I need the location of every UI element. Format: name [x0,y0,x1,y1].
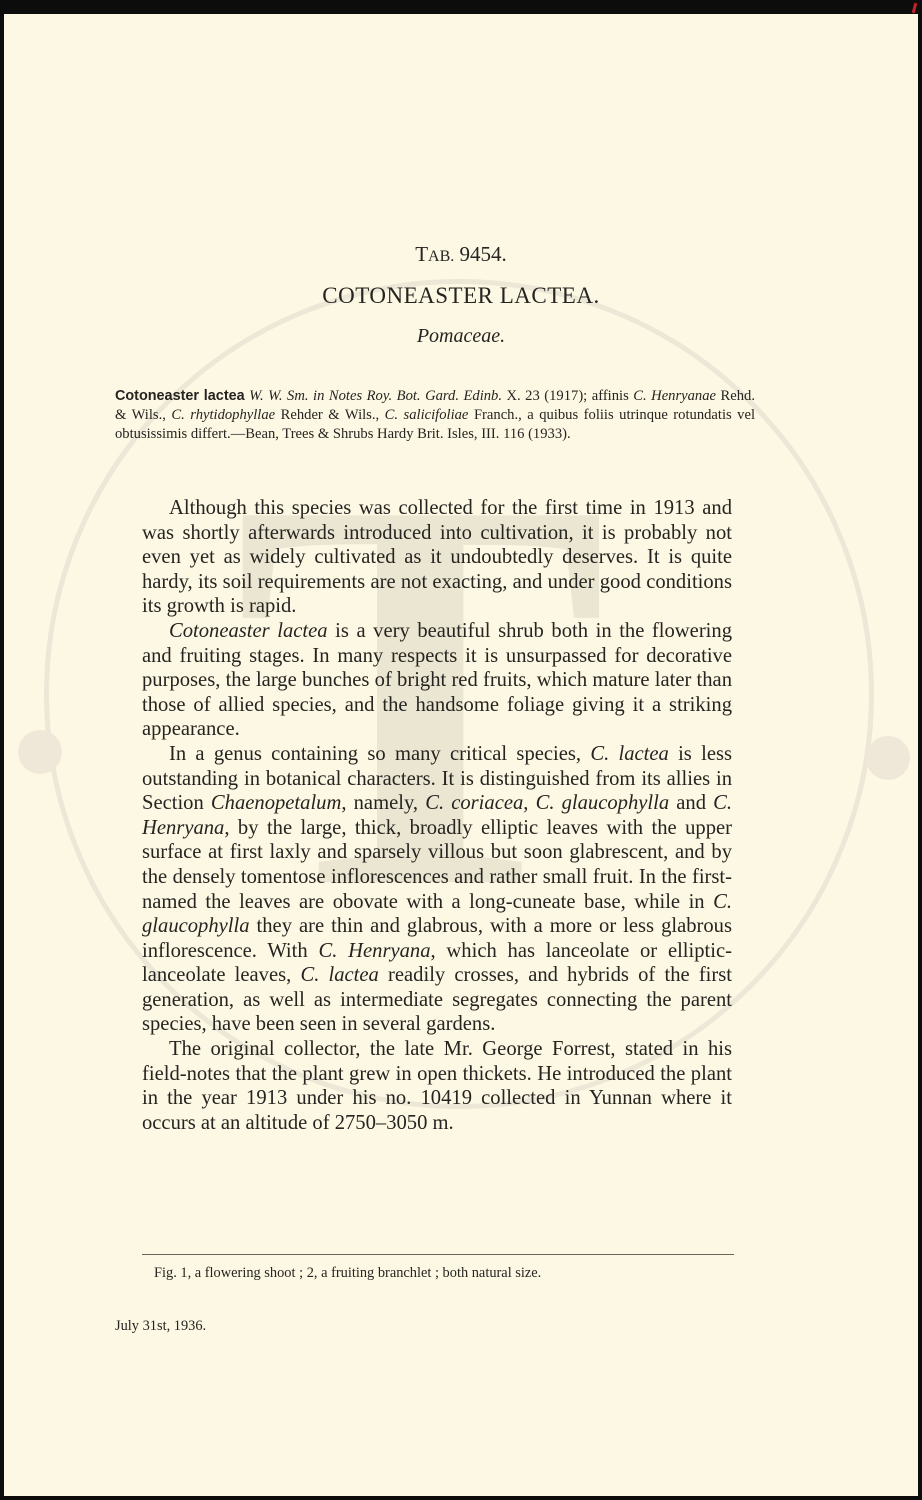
corner-color-mark [912,3,917,13]
p3-italic-8: C. lactea [300,964,378,986]
citation-species-1: C. Henryanae [633,388,716,404]
document-content: TAB. 9454. COTONEASTER LACTEA. Pomaceae.… [4,14,918,1496]
citation-reference: W. W. Sm. in Notes Roy. Bot. Gard. Edinb… [249,388,502,404]
citation-author-2: Rehder & Wils., [281,407,380,423]
p3-italic-2: Chaenopetalum [211,792,341,814]
citation-species: Cotoneaster lactea [115,388,245,404]
p3-text-a: In a genus containing so many critical s… [169,743,590,765]
citation-volume: X. 23 (1917); [507,388,588,404]
family-name: Pomaceae. [4,325,918,348]
plate-number-value: 9454. [460,242,507,266]
plate-prefix: T [415,242,428,266]
p3-italic-7: C. Henryana [318,940,430,962]
plate-prefix-small: AB. [428,248,454,265]
p3-italic-1: C. lactea [590,743,668,765]
p3-text-d: , [523,792,535,814]
citation-species-2: C. rhytidophyllae [171,407,275,423]
p3-italic-3: C. coriacea [425,792,523,814]
species-name: Cotoneaster lactea [169,620,328,642]
p3-text-c: , namely, [341,792,425,814]
citation-affinis: affinis [592,388,629,404]
paragraph-2: Cotoneaster lactea is a very beautiful s… [142,619,732,742]
p3-text-e: and [669,792,713,814]
citation-species-3: C. salicifoliae [385,407,469,423]
document-page: T TAB. 9454. COTONEASTER LACTEA. Pomacea… [4,14,918,1496]
page-title: COTONEASTER LACTEA. [4,283,918,309]
p3-italic-4: C. glaucophylla [536,792,670,814]
plate-number: TAB. 9454. [4,242,918,267]
publication-date: July 31st, 1936. [115,1318,206,1335]
p3-text-f: , by the large, thick, broadly elliptic … [142,817,732,913]
paragraph-4: The original collector, the late Mr. Geo… [142,1037,732,1135]
citation-block: Cotoneaster lactea W. W. Sm. in Notes Ro… [115,387,755,444]
figure-caption: Fig. 1, a flowering shoot ; 2, a fruitin… [154,1265,541,1282]
divider-rule [142,1254,734,1255]
paragraph-1: Although this species was collected for … [142,496,732,619]
paragraph-3: In a genus containing so many critical s… [142,742,732,1037]
body-text: Although this species was collected for … [142,496,732,1135]
